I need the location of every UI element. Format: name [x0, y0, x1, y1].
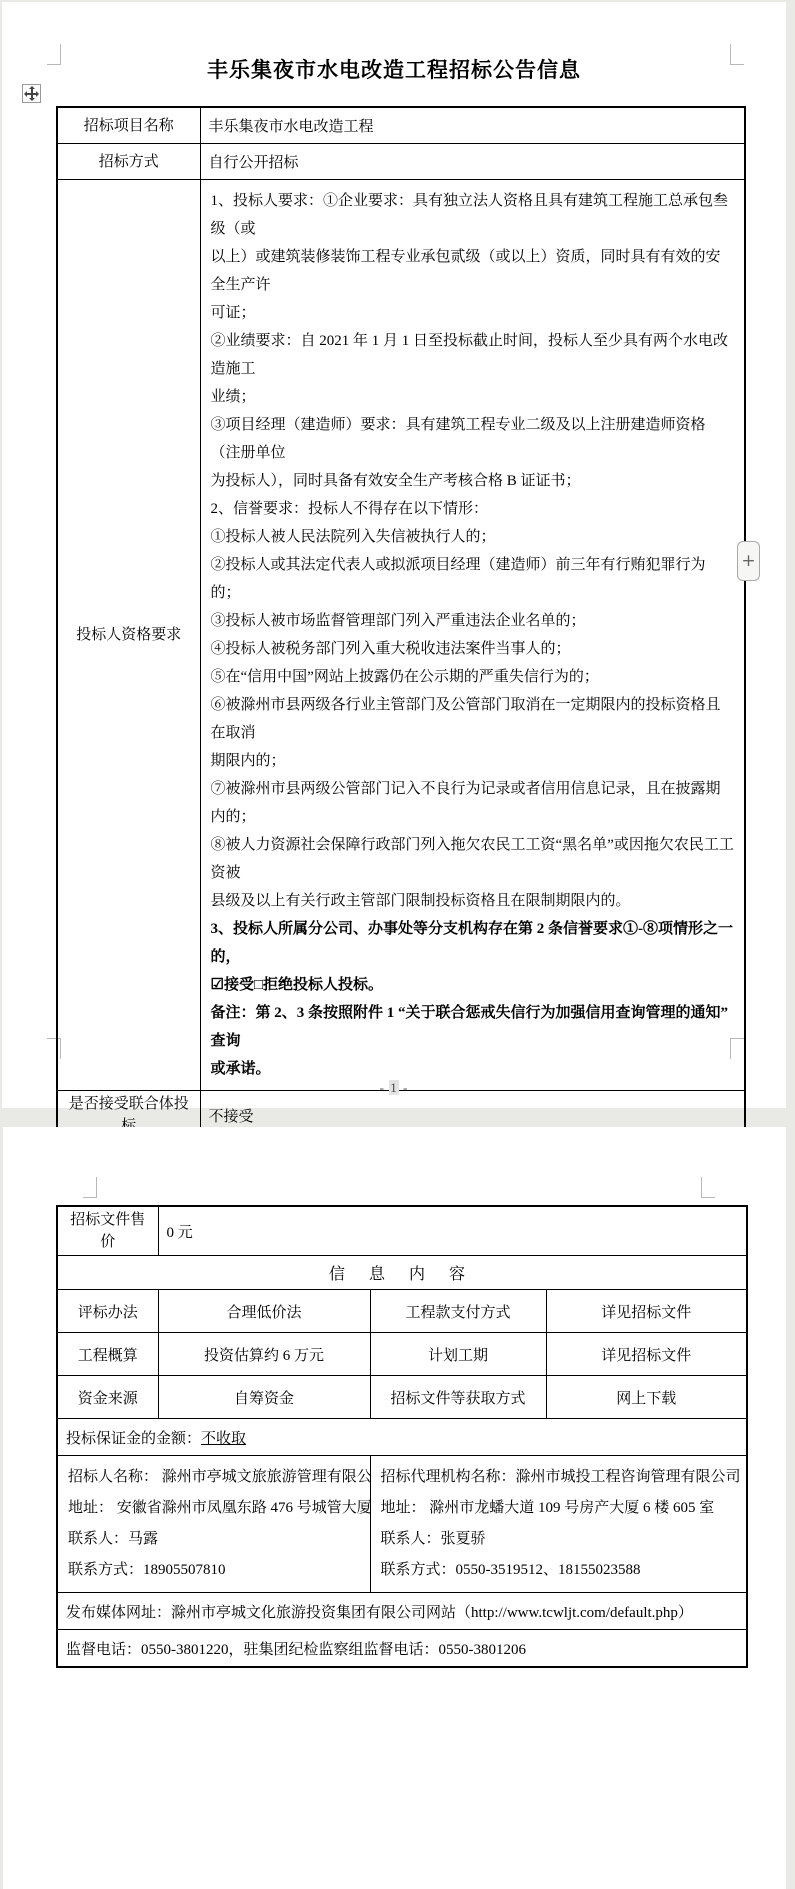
table-row: 监督电话：0550-3801220，驻集团纪检监察组监督电话：0550-3801… [57, 1630, 747, 1668]
qualification-line: 1、投标人要求：①企业要求：具有独立法人资格且具有建筑工程施工总承包叁级（或 [211, 187, 735, 243]
tenderer-contact-person: 联系人：马露 [68, 1524, 360, 1555]
section-header: 信 息 内 容 [57, 1256, 747, 1290]
qualification-line: 期限内的； [211, 747, 735, 775]
margin-mark [701, 1177, 715, 1198]
deposit-value: 不收取 [201, 1431, 246, 1447]
table-row: 发布媒体网址：滁州市亭城文化旅游投资集团有限公司网站（http://www.tc… [57, 1593, 747, 1630]
arrow-right-icon [36, 91, 39, 97]
qualification-line: 县级及以上有关行政主管部门限制投标资格且在限制期限内的。 [211, 887, 735, 915]
qualification-line: 或承诺。 [211, 1055, 735, 1083]
bid-deposit: 投标保证金的金额：不收取 [57, 1419, 747, 1456]
table-move-handle-icon[interactable] [22, 84, 41, 103]
page-number: - 1 - [2, 1080, 786, 1096]
table-row: 评标办法 合理低价法 工程款支付方式 详见招标文件 [57, 1290, 747, 1333]
cell-value: 投资估算约 6 万元 [158, 1333, 370, 1376]
cell-value: 详见招标文件 [546, 1333, 747, 1376]
supervision-phone-line: 监督电话：0550-3801220，驻集团纪检监察组监督电话：0550-3801… [57, 1630, 747, 1668]
tenderer-phone: 联系方式：18905507810 [68, 1555, 360, 1586]
plus-icon: + [741, 551, 755, 571]
qualification-line: ⑦被滁州市县两级公管部门记入不良行为记录或者信用信息记录，且在披露期内的； [211, 775, 735, 831]
agency-name: 招标代理机构名称：滁州市城投工程咨询管理有限公司 [381, 1462, 737, 1493]
arrow-left-icon [24, 91, 27, 97]
row-value: 0 元 [158, 1206, 747, 1256]
tenderer-contact-block: 招标人名称： 滁州市亭城文旅旅游管理有限公司 地址： 安徽省滁州市凤凰东路 47… [57, 1456, 370, 1593]
qualification-line: 为投标人），同时具备有效安全生产考核合格 B 证证书； [211, 467, 735, 495]
cell-value: 网上下载 [546, 1376, 747, 1419]
qualification-line: 可证； [211, 299, 735, 327]
table-row: 资金来源 自筹资金 招标文件等获取方式 网上下载 [57, 1376, 747, 1419]
qualification-line: ④投标人被税务部门列入重大税收违法案件当事人的； [211, 635, 735, 663]
table-row: 招标方式 自行公开招标 [57, 144, 745, 180]
qualification-line: ②投标人或其法定代表人或拟派项目经理（建造师）前三年有行贿犯罪行为的； [211, 551, 735, 607]
cell-value: 自筹资金 [158, 1376, 370, 1419]
tenderer-name: 招标人名称： 滁州市亭城文旅旅游管理有限公司 [68, 1462, 360, 1493]
cell-value: 详见招标文件 [546, 1290, 747, 1333]
page-title: 丰乐集夜市水电改造工程招标公告信息 [2, 54, 786, 84]
document-viewer: 丰乐集夜市水电改造工程招标公告信息 招标项目名称 丰乐集夜市水电改造工程 招标方… [0, 0, 795, 1889]
qualification-line: 以上）或建筑装修装饰工程专业承包贰级（或以上）资质，同时具有有效的安全生产许 [211, 243, 735, 299]
row-value: 自行公开招标 [200, 144, 745, 180]
page-number-dash: - [380, 1080, 390, 1095]
row-label: 投标人资格要求 [57, 180, 200, 1091]
agency-contact-block: 招标代理机构名称：滁州市城投工程咨询管理有限公司 地址： 滁州市龙蟠大道 109… [370, 1456, 747, 1593]
expand-button[interactable]: + [737, 541, 760, 581]
page-number-dash: - [399, 1080, 409, 1095]
cell-label: 计划工期 [370, 1333, 546, 1376]
qualification-line-checkbox: ☑接受□拒绝投标人投标。 [211, 971, 735, 999]
cell-label: 招标文件等获取方式 [370, 1376, 546, 1419]
agency-phone: 联系方式：0550-3519512、18155023588 [381, 1555, 737, 1586]
row-label: 招标文件售价 [57, 1206, 158, 1256]
page-number-field: 1 [389, 1080, 399, 1095]
qualification-line: ⑥被滁州市县两级各行业主管部门及公管部门取消在一定期限内的投标资格且在取消 [211, 691, 735, 747]
qualification-line: ⑤在“信用中国”网站上披露仍在公示期的严重失信行为的； [211, 663, 735, 691]
table-row: 投标人资格要求 1、投标人要求：①企业要求：具有独立法人资格且具有建筑工程施工总… [57, 180, 745, 1091]
row-value: 丰乐集夜市水电改造工程 [200, 107, 745, 144]
arrow-up-icon [29, 86, 35, 89]
qualification-requirements: 1、投标人要求：①企业要求：具有独立法人资格且具有建筑工程施工总承包叁级（或 以… [200, 180, 745, 1091]
qualification-line: ⑧被人力资源社会保障行政部门列入拖欠农民工工资“黑名单”或因拖欠农民工工资被 [211, 831, 735, 887]
qualification-line: 备注：第 2、3 条按照附件 1 “关于联合惩戒失信行为加强信用查询管理的通知”… [211, 999, 735, 1055]
info-content-table: 招标文件售价 0 元 信 息 内 容 评标办法 合理低价法 工程款支付方式 详见… [56, 1205, 748, 1668]
tenderer-address: 地址： 安徽省滁州市凤凰东路 476 号城管大厦 6 楼 [68, 1493, 360, 1524]
qualification-line: 3、投标人所属分公司、办事处等分支机构存在第 2 条信誉要求①-⑧项情形之一的， [211, 915, 735, 971]
arrow-down-icon [29, 98, 35, 101]
cell-value: 合理低价法 [158, 1290, 370, 1333]
table-row: 投标保证金的金额：不收取 [57, 1419, 747, 1456]
media-website-line: 发布媒体网址：滁州市亭城文化旅游投资集团有限公司网站（http://www.tc… [57, 1593, 747, 1630]
row-label: 招标方式 [57, 144, 200, 180]
cell-label: 工程款支付方式 [370, 1290, 546, 1333]
cell-label: 工程概算 [57, 1333, 158, 1376]
qualification-line: ②业绩要求：自 2021 年 1 月 1 日至投标截止时间，投标人至少具有两个水… [211, 327, 735, 383]
cell-label: 评标办法 [57, 1290, 158, 1333]
table-row: 招标项目名称 丰乐集夜市水电改造工程 [57, 107, 745, 144]
qualification-line: 业绩； [211, 383, 735, 411]
section-header-row: 信 息 内 容 [57, 1256, 747, 1290]
qualification-line: ①投标人被人民法院列入失信被执行人的； [211, 523, 735, 551]
qualification-line: 2、信誉要求：投标人不得存在以下情形： [211, 495, 735, 523]
qualification-line: ③投标人被市场监督管理部门列入严重违法企业名单的； [211, 607, 735, 635]
cell-label: 资金来源 [57, 1376, 158, 1419]
qualification-line: ③项目经理（建造师）要求：具有建筑工程专业二级及以上注册建造师资格（注册单位 [211, 411, 735, 467]
table-row: 工程概算 投资估算约 6 万元 计划工期 详见招标文件 [57, 1333, 747, 1376]
page-2: 招标文件售价 0 元 信 息 内 容 评标办法 合理低价法 工程款支付方式 详见… [3, 1127, 786, 1889]
move-cross-icon [31, 89, 33, 98]
agency-contact-person: 联系人：张夏骄 [381, 1524, 737, 1555]
table-row: 招标文件售价 0 元 [57, 1206, 747, 1256]
margin-mark [83, 1177, 97, 1198]
row-label: 招标项目名称 [57, 107, 200, 144]
table-row: 招标人名称： 滁州市亭城文旅旅游管理有限公司 地址： 安徽省滁州市凤凰东路 47… [57, 1456, 747, 1593]
page-1: 丰乐集夜市水电改造工程招标公告信息 招标项目名称 丰乐集夜市水电改造工程 招标方… [2, 2, 786, 1108]
deposit-label: 投标保证金的金额： [66, 1431, 201, 1447]
agency-address: 地址： 滁州市龙蟠大道 109 号房产大厦 6 楼 605 室 [381, 1493, 737, 1524]
